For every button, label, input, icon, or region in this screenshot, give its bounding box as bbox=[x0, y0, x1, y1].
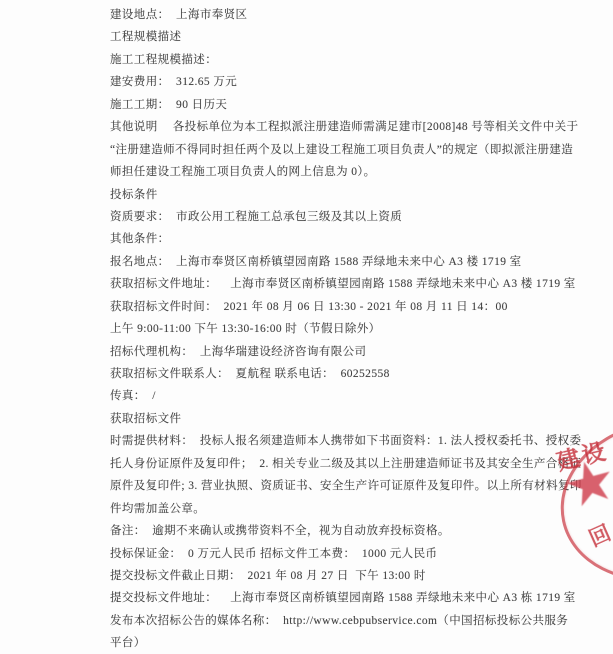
text-line: 上午 9:00-11:00 下午 13:30-16:00 时（节假日除外） bbox=[110, 318, 580, 340]
text-line: 招标代理机构： 上海华瑞建设经济咨询有限公司 bbox=[110, 341, 580, 363]
text-line: 传真： / bbox=[110, 385, 580, 407]
text-line: 原件及复印件; 3. 营业执照、资质证书、安全生产许可证原件及复印件。以上所有材… bbox=[110, 475, 580, 497]
text-line: 报名地点： 上海市奉贤区南桥镇望园南路 1588 弄绿地未来中心 A3 楼 17… bbox=[110, 251, 580, 273]
text-line: 建设地点： 上海市奉贤区 bbox=[110, 4, 580, 26]
text-line: 件均需加盖公章。 bbox=[110, 498, 580, 520]
text-line: 提交投标文件截止日期： 2021 年 08 月 27 日 下午 13:00 时 bbox=[110, 565, 580, 587]
text-line: 其他说明 各投标单位为本工程拟派注册建造师需满足建市[2008]48 号等相关文… bbox=[110, 116, 580, 138]
text-line: 其他条件： bbox=[110, 228, 580, 250]
text-line: 发布本次招标公告的媒体名称： http://www.cebpubservice.… bbox=[110, 610, 580, 632]
text-line: 工程规模描述 bbox=[110, 26, 580, 48]
document-text: 建设地点： 上海市奉贤区工程规模描述施工工程规模描述：建安费用： 312.65 … bbox=[110, 4, 580, 654]
text-line: 备注： 逾期不来确认或携带资料不全，视为自动放弃投标资格。 bbox=[110, 520, 580, 542]
text-line: 获取招标文件联系人： 夏航程 联系电话： 60252558 bbox=[110, 363, 580, 385]
text-line: 平台） bbox=[110, 632, 580, 654]
text-line: 托人身份证原件及复印件； 2. 相关专业二级及其以上注册建造师证书及其安全生产合… bbox=[110, 453, 580, 475]
text-line: 建安费用： 312.65 万元 bbox=[110, 71, 580, 93]
text-line: 投标保证金： 0 万元人民币 招标文件工本费： 1000 元人民币 bbox=[110, 543, 580, 565]
text-line: 获取招标文件 bbox=[110, 408, 580, 430]
document-page: 建设地点： 上海市奉贤区工程规模描述施工工程规模描述：建安费用： 312.65 … bbox=[0, 0, 613, 654]
text-line: 资质要求： 市政公用工程施工总承包三级及其以上资质 bbox=[110, 206, 580, 228]
text-line: 获取招标文件地址： 上海市奉贤区南桥镇望园南路 1588 弄绿地未来中心 A3 … bbox=[110, 273, 580, 295]
text-line: 获取招标文件时间： 2021 年 08 月 06 日 13:30 - 2021 … bbox=[110, 296, 580, 318]
text-line: 投标条件 bbox=[110, 184, 580, 206]
text-line: 施工工期： 90 日历天 bbox=[110, 94, 580, 116]
text-line: 时需提供材料： 投标人报名须建造师本人携带如下书面资料：1. 法人授权委托书、授… bbox=[110, 430, 580, 452]
text-line: 施工工程规模描述： bbox=[110, 49, 580, 71]
text-line: 师担任建设工程施工项目负责人的网上信息为 0）。 bbox=[110, 161, 580, 183]
text-line: “注册建造师不得同时担任两个及以上建设工程施工项目负责人”的规定（即拟派注册建造 bbox=[110, 139, 580, 161]
seal-bottom-text: 回 bbox=[584, 517, 613, 553]
text-line: 提交投标文件地址： 上海市奉贤区南桥镇望园南路 1588 弄绿地未来中心 A3 … bbox=[110, 587, 580, 609]
